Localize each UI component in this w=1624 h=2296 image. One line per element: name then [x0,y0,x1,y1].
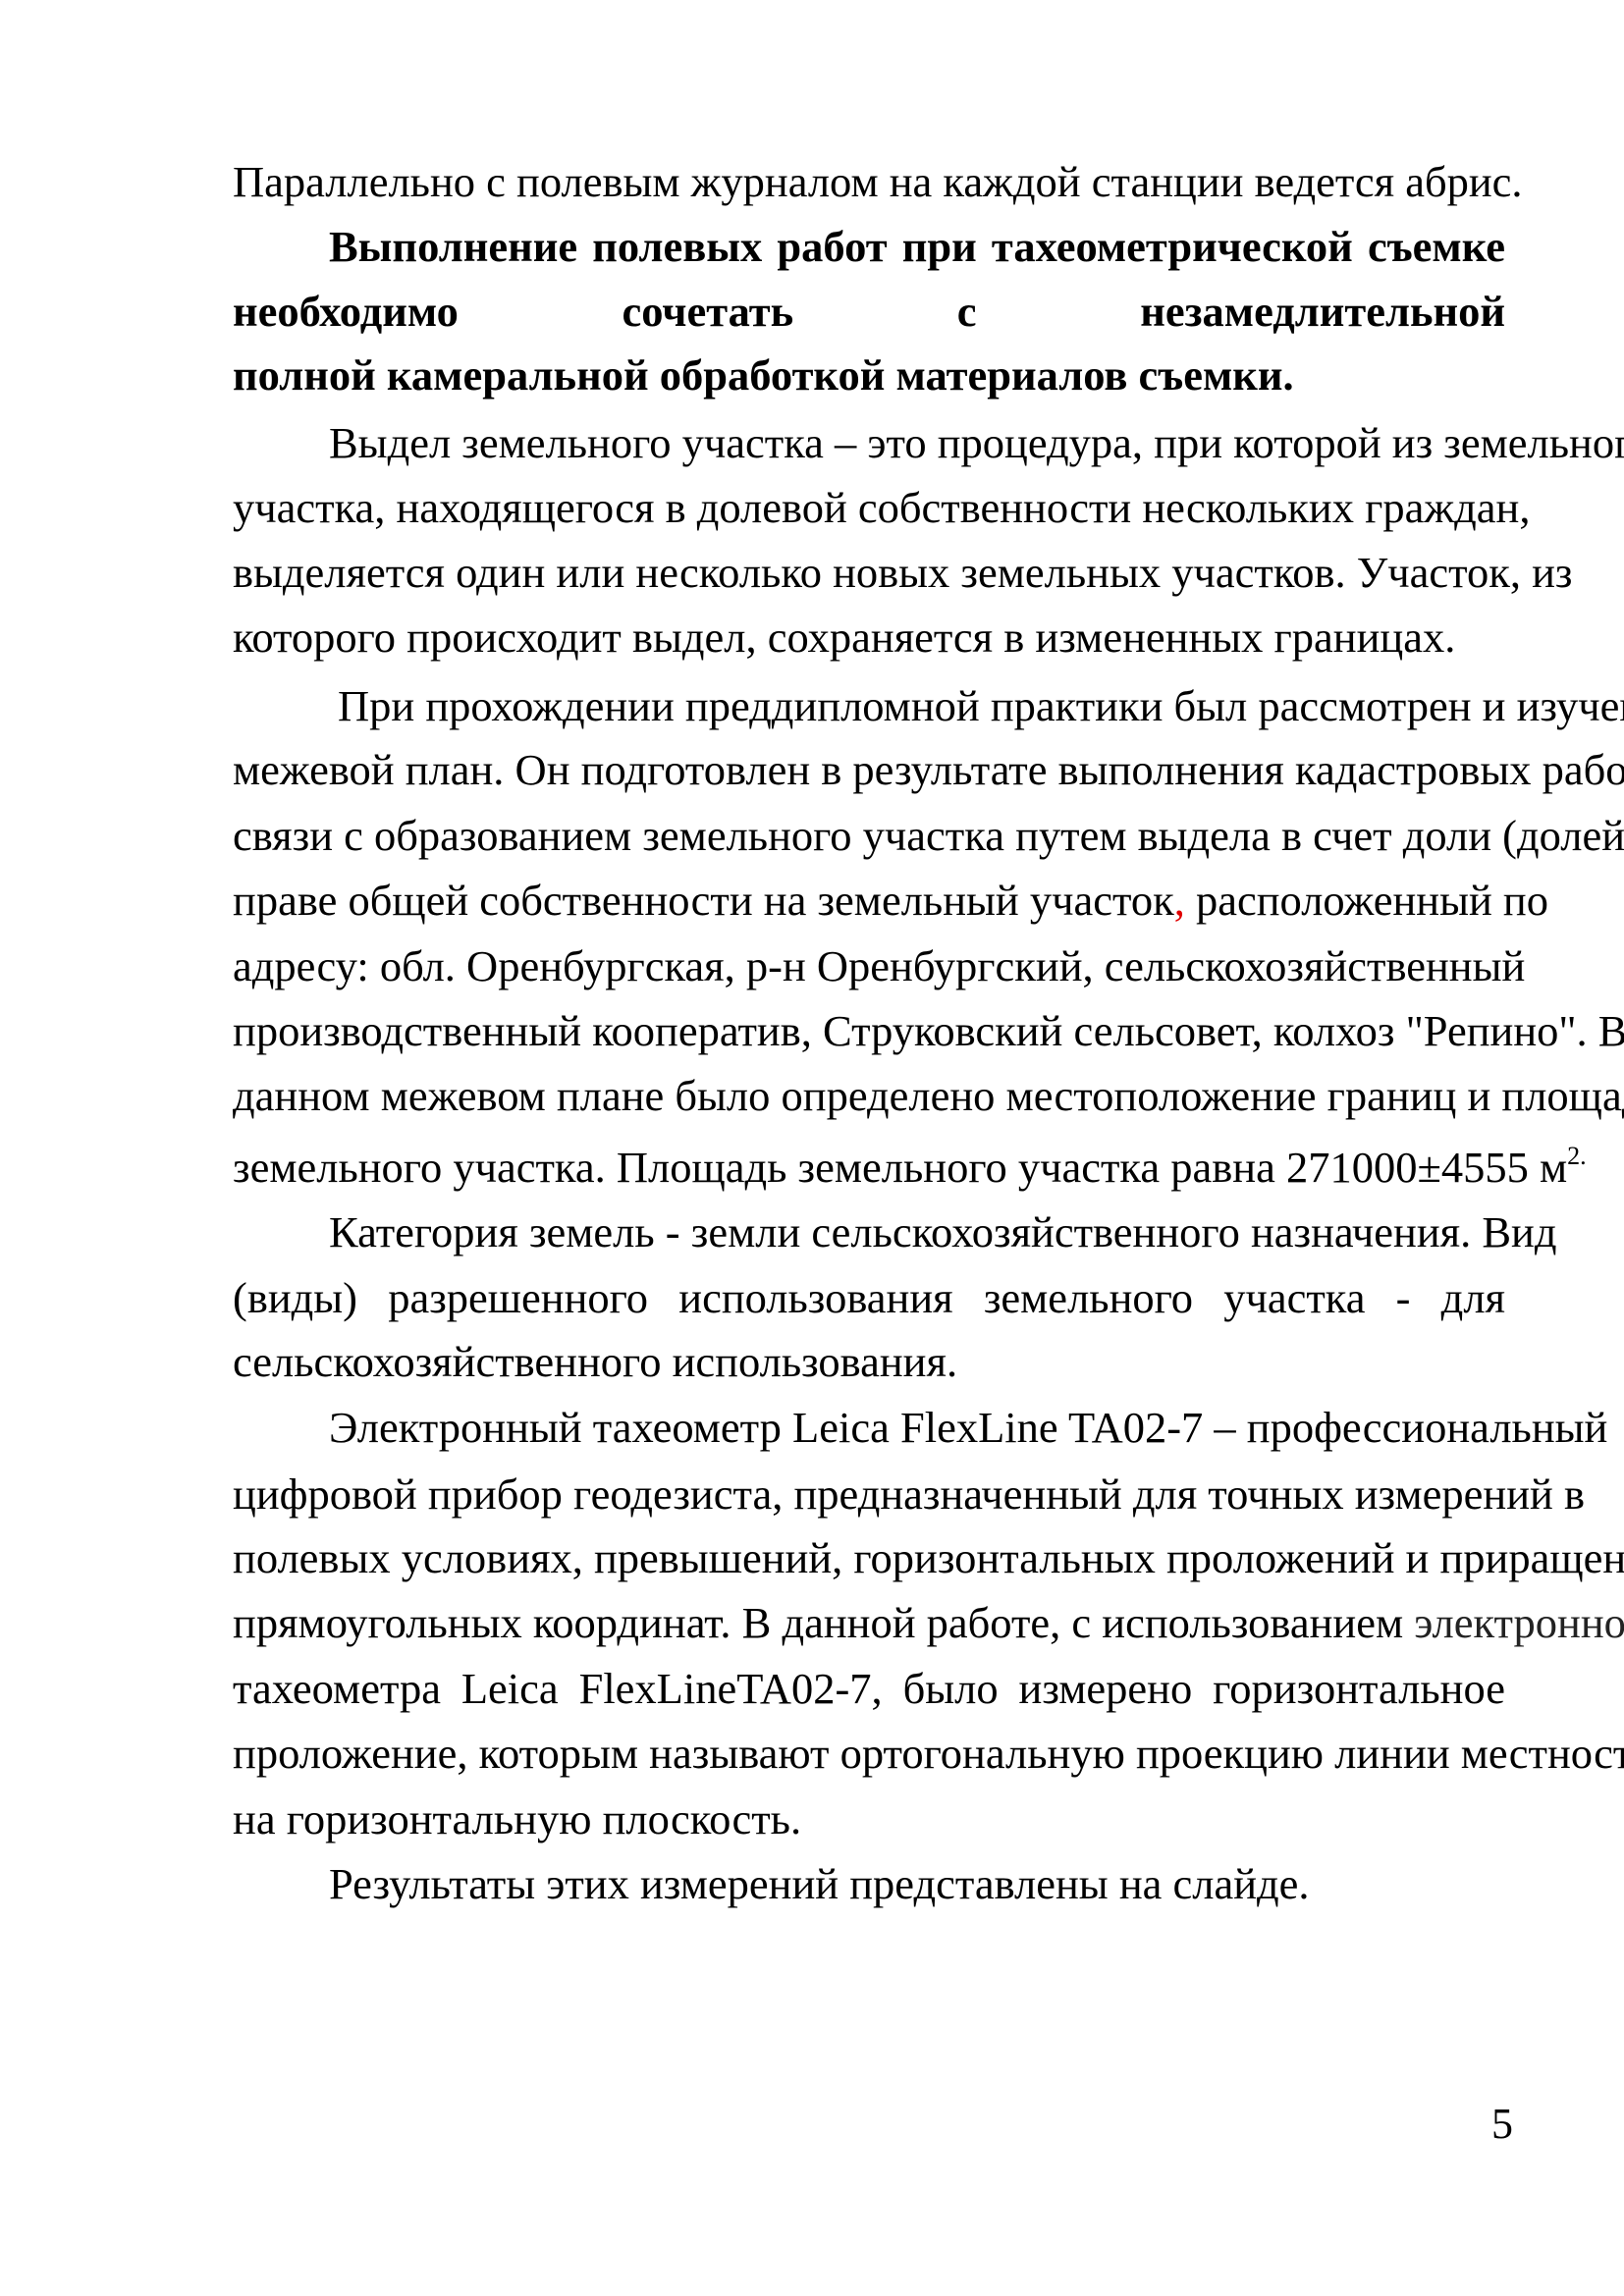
paragraph-5-line-3: сельскохозяйственного использования. [233,1332,1505,1391]
paragraph-4-line-4: праве общей собственности на земельный у… [233,871,1505,930]
paragraph-3-line-3: выделяется один или несколько новых земе… [233,543,1505,602]
bold-paragraph-line-1: Выполнение полевых работ при тахеометрич… [233,217,1505,276]
paragraph-5-line-2: (виды) разрешенного использования земель… [233,1268,1505,1327]
paragraph-3-line-1: Выдел земельного участка – это процедура… [233,413,1505,472]
line-text: праве общей собственности на земельный у… [233,876,1174,925]
line-text-rest: расположенный по [1185,876,1548,925]
paragraph-6-line-7: на горизонтальную плоскость. [233,1789,1505,1848]
paragraph-7-line-1: Результаты этих измерений представлены н… [233,1854,1505,1913]
paragraph-3-line-2: участка, находящегося в долевой собствен… [233,478,1505,537]
paragraph-4-line-1: При прохождении преддипломной практики б… [233,676,1505,735]
paragraph-4-line-5: адресу: обл. Оренбургская, р-н Оренбургс… [233,936,1505,995]
area-line-text: земельного участка. Площадь земельного у… [233,1143,1567,1192]
paragraph-4-line-7: данном межевом плане было определено мес… [233,1066,1505,1125]
spellcheck-marked-comma[interactable]: , [1174,876,1185,925]
page-number: 5 [1491,2095,1513,2154]
paragraph-6-line-2: цифровой прибор геодезиста, предназначен… [233,1465,1505,1523]
paragraph-4-line-3: связи с образованием земельного участка … [233,806,1505,865]
area-superscript: 2. [1567,1142,1587,1170]
paragraph-3-line-4: которого происходит выдел, сохраняется в… [233,608,1505,667]
paragraph-5-line-1: Категория земель - земли сельскохозяйств… [233,1202,1505,1261]
line-text: прямоугольных координат. В данной работе… [233,1598,1403,1647]
paragraph-1-line-1: Параллельно с полевым журналом на каждой… [233,152,1505,211]
paragraph-6-line-4: прямоугольных координат. В данной работе… [233,1593,1505,1652]
paragraph-4-line-2: межевой план. Он подготовлен в результат… [233,740,1505,799]
grey-word: электронного [1414,1598,1624,1647]
bold-paragraph-line-2: необходимо сочетать с незамедлительной [233,282,1505,341]
bold-paragraph-line-3: полной камеральной обработкой материалов… [233,346,1505,404]
paragraph-6-line-1: Электронный тахеометр Leica FlexLine TA0… [233,1398,1505,1457]
paragraph-6-line-6: проложение, которым называют ортогональн… [233,1724,1505,1783]
paragraph-6-line-3: полевых условиях, превышений, горизонтал… [233,1528,1505,1587]
paragraph-4-line-6: производственный кооператив, Струковский… [233,1001,1505,1060]
document-page: Параллельно с полевым журналом на каждой… [0,0,1624,2296]
paragraph-6-line-5: тахеометра Leica FlexLineTA02-7, было из… [233,1659,1505,1718]
paragraph-4-line-8: земельного участка. Площадь земельного у… [233,1138,1505,1197]
